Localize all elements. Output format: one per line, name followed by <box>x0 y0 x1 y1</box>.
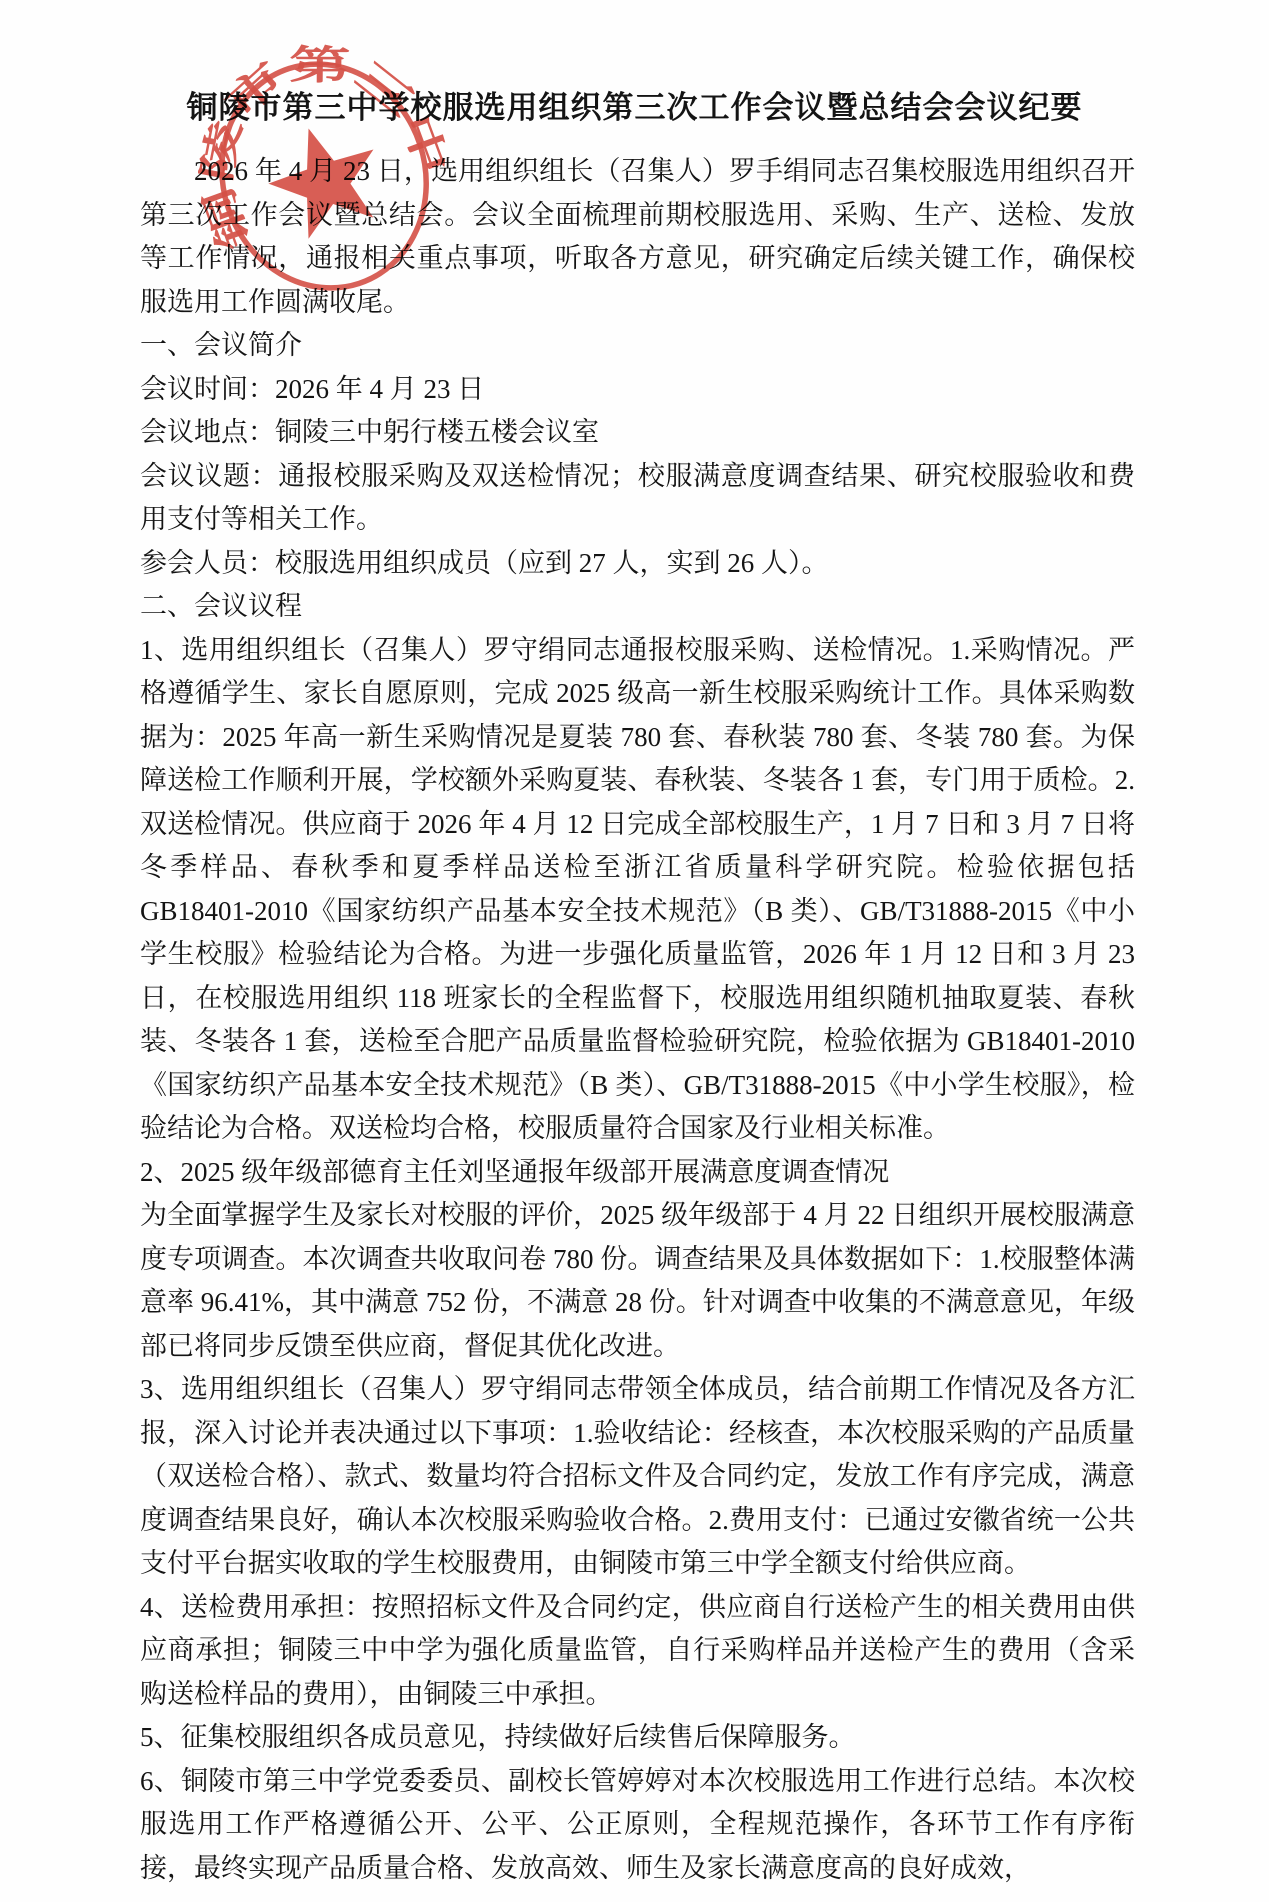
paragraph: 3、选用组织组长（召集人）罗守绢同志带领全体成员，结合前期工作情况及各方汇报，深… <box>140 1368 1135 1586</box>
paragraph: 会议地点：铜陵三中躬行楼五楼会议室 <box>140 411 1135 455</box>
paragraph: 6、铜陵市第三中学党委委员、副校长管婷婷对本次校服选用工作进行总结。本次校服选用… <box>140 1760 1135 1891</box>
paragraph: 为全面掌握学生及家长对校服的评价，2025 级年级部于 4 月 22 日组织开展… <box>140 1194 1135 1368</box>
paragraph: 2026 年 4 月 23 日，选用组织组长（召集人）罗手绢同志召集校服选用组织… <box>140 150 1135 324</box>
document-title: 铜陵市第三中学校服选用组织第三次工作会议暨总结会会议纪要 <box>0 0 1269 128</box>
paragraph: 1、选用组织组长（召集人）罗守绢同志通报校服采购、送检情况。1.采购情况。严格遵… <box>140 629 1135 1151</box>
paragraph: 一、会议简介 <box>140 324 1135 368</box>
paragraph: 会议时间：2026 年 4 月 23 日 <box>140 368 1135 412</box>
paragraph: 二、会议议程 <box>140 585 1135 629</box>
paragraph: 会议议题：通报校服采购及双送检情况；校服满意度调查结果、研究校服验收和费用支付等… <box>140 455 1135 542</box>
paragraph: 2、2025 级年级部德育主任刘坚通报年级部开展满意度调查情况 <box>140 1151 1135 1195</box>
document-body: 2026 年 4 月 23 日，选用组织组长（召集人）罗手绢同志召集校服选用组织… <box>140 150 1135 1890</box>
paragraph: 5、征集校服组织各成员意见，持续做好后续售后保障服务。 <box>140 1716 1135 1760</box>
document-page: 铜陵市第三中学 铜陵市第三中学校服选用组织第三次工作会议暨总结会会议纪要 202… <box>0 0 1269 1902</box>
paragraph: 参会人员：校服选用组织成员（应到 27 人，实到 26 人）。 <box>140 542 1135 586</box>
paragraph: 4、送检费用承担：按照招标文件及合同约定，供应商自行送检产生的相关费用由供应商承… <box>140 1586 1135 1717</box>
